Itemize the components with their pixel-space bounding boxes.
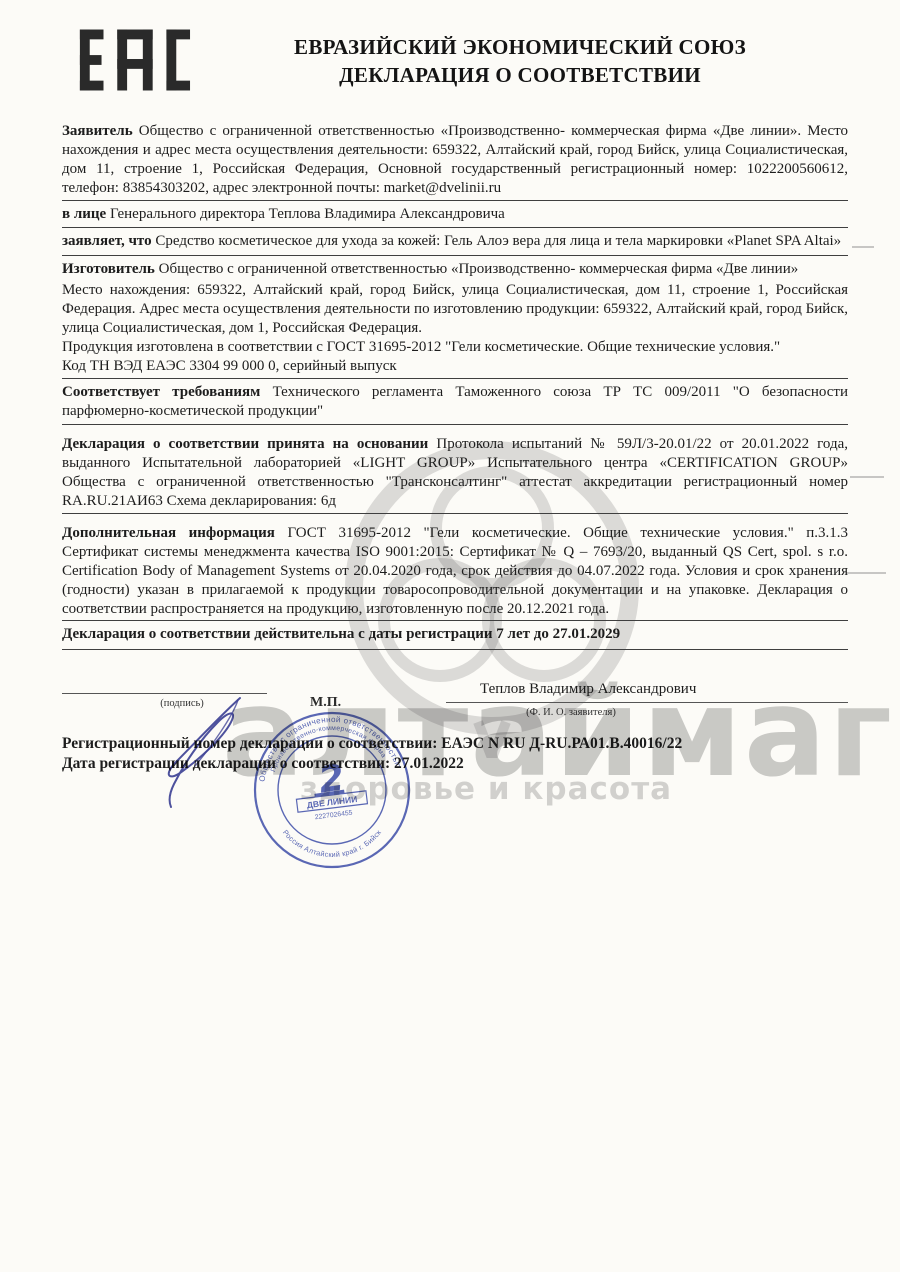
scan-artifact <box>850 476 884 478</box>
document-title: ЕВРАЗИЙСКИЙ ЭКОНОМИЧЕСКИЙ СОЮЗ ДЕКЛАРАЦИ… <box>192 18 848 89</box>
scan-artifact <box>846 572 886 574</box>
person-paragraph: в лице Генерального директора Теплова Вл… <box>62 203 848 226</box>
section-divider <box>62 513 848 514</box>
person-label: в лице <box>62 206 106 222</box>
name-caption: (Ф. И. О. заявителя) <box>446 706 696 719</box>
document-header: ЕВРАЗИЙСКИЙ ЭКОНОМИЧЕСКИЙ СОЮЗ ДЕКЛАРАЦИ… <box>62 18 848 102</box>
validity-statement: Декларация о соответствии действительна … <box>62 623 848 647</box>
handwritten-signature <box>140 688 320 820</box>
declares-paragraph: заявляет, что Средство косметическое для… <box>62 230 848 253</box>
section-divider <box>62 649 848 650</box>
eac-mark-logo <box>74 18 192 102</box>
manufacturer-label: Изготовитель <box>62 261 155 277</box>
manufacturer-address: Место нахождения: 659322, Алтайский край… <box>62 281 848 338</box>
section-divider <box>62 255 848 256</box>
additional-info-paragraph: Дополнительная информация ГОСТ 31695-201… <box>62 524 848 618</box>
declaration-document: ЕВРАЗИЙСКИЙ ЭКОНОМИЧЕСКИЙ СОЮЗ ДЕКЛАРАЦИ… <box>0 0 900 1272</box>
manufacturer-text: Общество с ограниченной ответственностью… <box>155 261 798 277</box>
tnved-code: Код ТН ВЭД ЕАЭС 3304 99 000 0, серийный … <box>62 357 848 376</box>
declares-text: Средство косметическое для ухода за коже… <box>152 233 842 249</box>
document-body: Заявитель Общество с ограниченной ответс… <box>62 122 848 773</box>
section-divider <box>62 378 848 379</box>
title-line-1: ЕВРАЗИЙСКИЙ ЭКОНОМИЧЕСКИЙ СОЮЗ <box>192 34 848 62</box>
stamp-inn-number: 2227026455 <box>314 810 353 822</box>
scan-artifact <box>852 246 874 248</box>
production-standard: Продукция изготовлена в соответствии с Г… <box>62 338 848 357</box>
section-divider <box>62 424 848 425</box>
basis-paragraph: Декларация о соответствии принята на осн… <box>62 435 848 511</box>
name-line <box>446 702 848 703</box>
declares-label: заявляет, что <box>62 233 152 249</box>
section-divider <box>62 620 848 621</box>
basis-label: Декларация о соответствии принята на осн… <box>62 436 428 452</box>
manufacturer-paragraph: Изготовитель Общество с ограниченной отв… <box>62 258 848 281</box>
title-line-2: ДЕКЛАРАЦИЯ О СООТВЕТСТВИИ <box>192 62 848 90</box>
section-divider <box>62 200 848 201</box>
signatory-name: Теплов Владимир Александрович <box>480 680 696 699</box>
additional-info-label: Дополнительная информация <box>62 525 275 541</box>
compliance-paragraph: Соответствует требованиям Технического р… <box>62 381 848 423</box>
section-divider <box>62 227 848 228</box>
applicant-paragraph: Заявитель Общество с ограниченной ответс… <box>62 122 848 198</box>
person-text: Генерального директора Теплова Владимира… <box>106 206 505 222</box>
compliance-label: Соответствует требованиям <box>62 384 260 400</box>
applicant-label: Заявитель <box>62 123 133 139</box>
applicant-text: Общество с ограниченной ответственностью… <box>62 123 848 196</box>
